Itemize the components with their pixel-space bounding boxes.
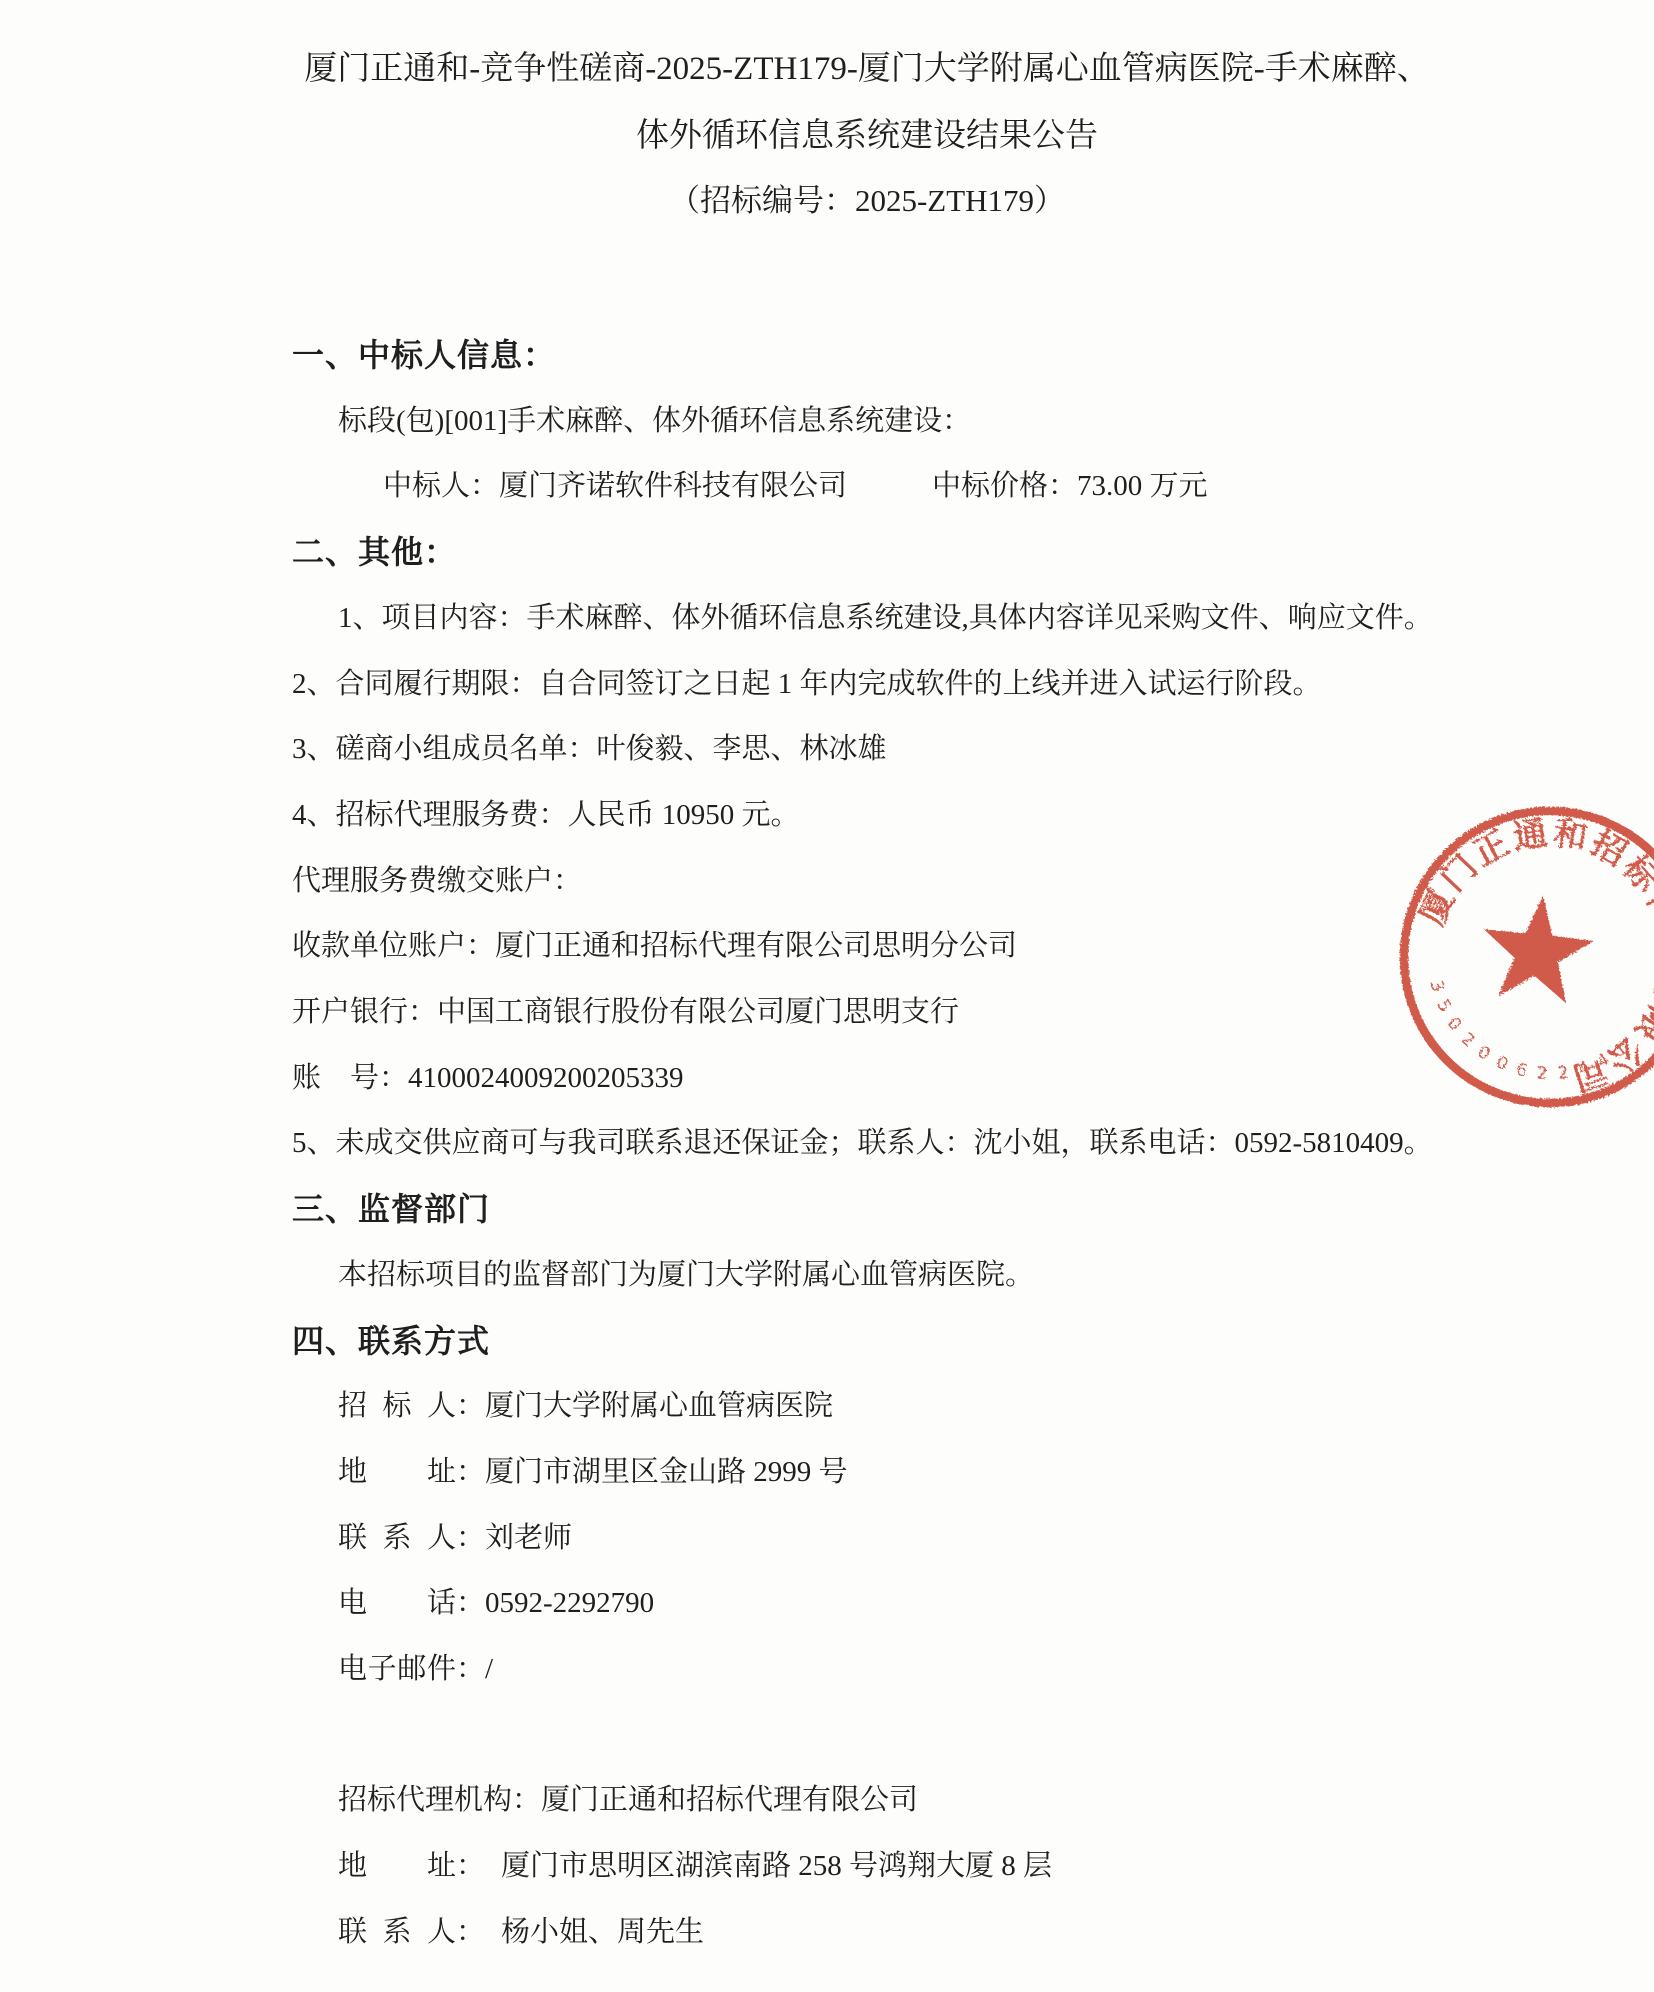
section-winner-heading: 一、中标人信息： bbox=[292, 323, 1442, 389]
winner-label: 中标人： bbox=[383, 470, 499, 502]
supervision-body: 本招标项目的监督部门为厦门大学附属心血管病医院。 bbox=[292, 1243, 1442, 1309]
seal-star-icon bbox=[1477, 890, 1598, 1006]
section-other-heading: 二、其他： bbox=[292, 520, 1442, 586]
contact-person-2: 联系人：杨小姐、周先生 bbox=[292, 1900, 1442, 1966]
payee-account-name: 收款单位账户：厦门正通和招标代理有限公司思明分公司 bbox=[292, 914, 1442, 980]
price-label: 中标价格： bbox=[932, 470, 1077, 502]
other-item-2: 2、合同履行期限：自合同签订之日起 1 年内完成软件的上线并进入试运行阶段。 bbox=[292, 652, 1442, 718]
section-contact-heading: 四、联系方式 bbox=[292, 1309, 1442, 1375]
contact-phone-label: 电话 bbox=[338, 1571, 456, 1637]
lot-line: 标段(包)[001]手术麻醉、体外循环信息系统建设： bbox=[292, 389, 1442, 455]
label-colon: ： bbox=[512, 1784, 541, 1816]
contact-address-2-value: 厦门市思明区湖滨南路 258 号鸿翔大厦 8 层 bbox=[501, 1850, 1052, 1882]
contact-address-2-label: 地址 bbox=[338, 1834, 456, 1900]
title-line-3: （招标编号：2025-ZTH179） bbox=[292, 170, 1442, 232]
winner-line: 中标人：厦门齐诺软件科技有限公司中标价格：73.00 万元 bbox=[292, 454, 1442, 520]
contact-agency-label: 招标代理机构 bbox=[338, 1768, 512, 1834]
document-content: 厦门正通和-竞争性磋商-2025-ZTH179-厦门大学附属心血管病医院-手术麻… bbox=[292, 0, 1442, 1966]
label-colon: ： bbox=[456, 1653, 485, 1685]
contact-address-1-label: 地址 bbox=[338, 1440, 456, 1506]
contact-address-1: 地址：厦门市湖里区金山路 2999 号 bbox=[292, 1440, 1442, 1506]
contact-person-2-value: 杨小姐、周先生 bbox=[501, 1916, 704, 1948]
agency-fee-account-intro: 代理服务费缴交账户： bbox=[292, 849, 1442, 915]
title-line-2: 体外循环信息系统建设结果公告 bbox=[292, 103, 1442, 170]
payee-bank: 开户银行：中国工商银行股份有限公司厦门思明支行 bbox=[292, 980, 1442, 1046]
seal-company-text: 厦门正通和招标代理有限公司 bbox=[1413, 814, 1654, 1098]
contact-tenderer-value: 厦门大学附属心血管病医院 bbox=[485, 1390, 833, 1422]
other-item-5: 5、未成交供应商可与我司联系退还保证金；联系人：沈小姐，联系电话：0592-58… bbox=[292, 1111, 1442, 1177]
contact-agency-value: 厦门正通和招标代理有限公司 bbox=[541, 1784, 918, 1816]
other-item-4: 4、招标代理服务费：人民币 10950 元。 bbox=[292, 783, 1442, 849]
payee-account-number: 账 号：4100024009200205339 bbox=[292, 1046, 1442, 1112]
label-colon: ： bbox=[456, 1522, 485, 1554]
contact-tenderer-label: 招标人 bbox=[338, 1374, 456, 1440]
other-item-3: 3、磋商小组成员名单：叶俊毅、李思、林冰雄 bbox=[292, 717, 1442, 783]
contact-email-value: / bbox=[485, 1653, 493, 1685]
price-value: 73.00 万元 bbox=[1077, 470, 1208, 502]
contact-person-1: 联系人：刘老师 bbox=[292, 1506, 1442, 1572]
section-supervision-heading: 三、监督部门 bbox=[292, 1177, 1442, 1243]
contact-email: 电子邮件：/ bbox=[292, 1637, 1442, 1703]
label-colon: ： bbox=[456, 1916, 485, 1948]
contact-phone-value: 0592-2292790 bbox=[485, 1587, 654, 1619]
contact-tenderer: 招标人：厦门大学附属心血管病医院 bbox=[292, 1374, 1442, 1440]
contact-email-label: 电子邮件 bbox=[338, 1637, 456, 1703]
document-page: 厦门正通和-竞争性磋商-2025-ZTH179-厦门大学附属心血管病医院-手术麻… bbox=[0, 0, 1654, 1992]
label-colon: ： bbox=[456, 1850, 485, 1882]
title-line-1: 厦门正通和-竞争性磋商-2025-ZTH179-厦门大学附属心血管病医院-手术麻… bbox=[292, 36, 1442, 103]
contact-address-2: 地址：厦门市思明区湖滨南路 258 号鸿翔大厦 8 层 bbox=[292, 1834, 1442, 1900]
contact-person-2-label: 联系人 bbox=[338, 1900, 456, 1966]
document-title: 厦门正通和-竞争性磋商-2025-ZTH179-厦门大学附属心血管病医院-手术麻… bbox=[292, 36, 1442, 232]
contact-phone: 电话：0592-2292790 bbox=[292, 1571, 1442, 1637]
label-colon: ： bbox=[456, 1456, 485, 1488]
other-item-1: 1、项目内容：手术麻醉、体外循环信息系统建设,具体内容详见采购文件、响应文件。 bbox=[292, 586, 1442, 652]
contact-person-1-value: 刘老师 bbox=[485, 1522, 572, 1554]
contact-person-1-label: 联系人 bbox=[338, 1506, 456, 1572]
contact-agency: 招标代理机构：厦门正通和招标代理有限公司 bbox=[292, 1768, 1442, 1834]
document-body: 一、中标人信息： 标段(包)[001]手术麻醉、体外循环信息系统建设： 中标人：… bbox=[292, 323, 1442, 1966]
spacer-line bbox=[292, 1703, 1442, 1769]
label-colon: ： bbox=[456, 1390, 485, 1422]
label-colon: ： bbox=[456, 1587, 485, 1619]
contact-address-1-value: 厦门市湖里区金山路 2999 号 bbox=[485, 1456, 848, 1488]
winner-name: 厦门齐诺软件科技有限公司 bbox=[499, 470, 847, 502]
